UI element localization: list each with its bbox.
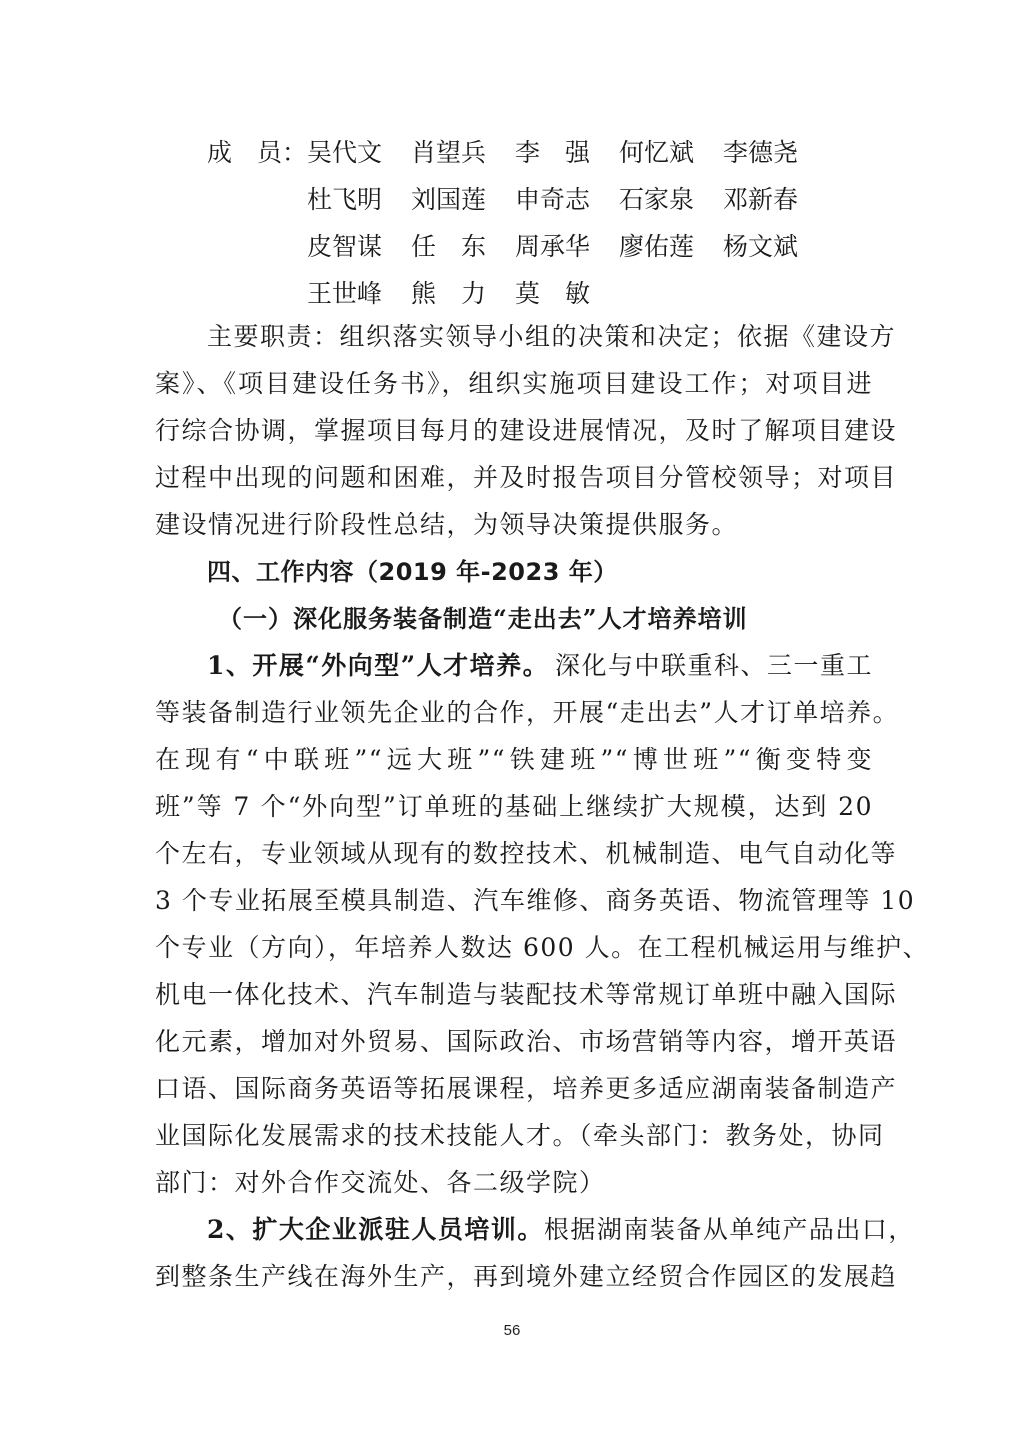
item-1-line: 机电一体化技术、汽车制造与装配技术等常规订单班中融入国际 <box>155 980 873 1010</box>
duties-line: 建设情况进行阶段性总结，为领导决策提供服务。 <box>155 510 873 540</box>
item-1-text: 深化与中联重科、三一重工 <box>555 651 873 681</box>
item-1-line: 化元素，增加对外贸易、国际政治、市场营销等内容，增开英语 <box>155 1027 873 1057</box>
item-1-line: 个左右，专业领域从现有的数控技术、机械制造、电气自动化等 <box>155 839 873 869</box>
member-name: 何忆斌 <box>619 138 723 168</box>
duties-line: 案》、《项目建设任务书》，组织实施项目建设工作；对项目进 <box>155 369 873 399</box>
members-row: 王世峰熊 力莫 敏 <box>307 279 619 309</box>
member-name: 邓新春 <box>723 185 827 215</box>
member-name: 莫 敏 <box>515 279 619 309</box>
document-page: 成 员：吴代文肖望兵李 强何忆斌李德尧 杜飞明刘国莲申奇志石家泉邓新春 皮智谋任… <box>0 0 1024 1448</box>
member-name: 李德尧 <box>723 138 827 168</box>
page-number: 56 <box>0 1322 1024 1339</box>
item-2-title: 2、扩大企业派驻人员培训。 <box>207 1215 544 1245</box>
item-1-title: 1、开展“外向型”人才培养。 <box>207 651 549 681</box>
member-name: 周承华 <box>515 232 619 262</box>
item-2-line: 到整条生产线在海外生产，再到境外建立经贸合作园区的发展趋 <box>155 1262 873 1292</box>
duties-line: 行综合协调，掌握项目每月的建设进展情况，及时了解项目建设 <box>155 416 873 446</box>
item-1-line: 班”等 7 个“外向型”订单班的基础上继续扩大规模，达到 20 <box>155 792 873 822</box>
item-1-line: 部门：对外合作交流处、各二级学院） <box>155 1168 873 1198</box>
item-1-line: 3 个专业拓展至模具制造、汽车维修、商务英语、物流管理等 10 <box>155 886 873 916</box>
member-name: 肖望兵 <box>411 138 515 168</box>
duties-line: 过程中出现的问题和困难，并及时报告项目分管校领导；对项目 <box>155 463 873 493</box>
item-1-line: 等装备制造行业领先企业的合作，开展“走出去”人才订单培养。 <box>155 698 873 728</box>
member-name: 皮智谋 <box>307 232 411 262</box>
item-1-line: 个专业（方向），年培养人数达 600 人。在工程机械运用与维护、 <box>155 933 873 963</box>
members-row: 皮智谋任 东周承华廖佑莲杨文斌 <box>307 232 827 262</box>
item-2-text: 根据湖南装备从单纯产品出口， <box>544 1215 915 1245</box>
item-2-first-line: 2、扩大企业派驻人员培训。根据湖南装备从单纯产品出口， <box>207 1215 873 1245</box>
member-name: 廖佑莲 <box>619 232 723 262</box>
item-1-first-line: 1、开展“外向型”人才培养。深化与中联重科、三一重工 <box>207 651 873 681</box>
member-name: 石家泉 <box>619 185 723 215</box>
member-name: 杨文斌 <box>723 232 827 262</box>
item-1-line: 业国际化发展需求的技术技能人才。（牵头部门：教务处，协同 <box>155 1121 873 1151</box>
section-heading: 四、工作内容（2019 年-2023 年） <box>207 557 925 587</box>
members-label: 成 员： <box>207 138 307 168</box>
item-1-line: 在现有“中联班”“远大班”“铁建班”“博世班”“衡变特变 <box>155 745 873 775</box>
member-name: 任 东 <box>411 232 515 262</box>
member-name: 刘国莲 <box>411 185 515 215</box>
members-row: 成 员：吴代文肖望兵李 强何忆斌李德尧 <box>207 138 827 168</box>
members-row: 杜飞明刘国莲申奇志石家泉邓新春 <box>307 185 827 215</box>
member-name: 王世峰 <box>307 279 411 309</box>
item-1-line: 口语、国际商务英语等拓展课程，培养更多适应湖南装备制造产 <box>155 1074 873 1104</box>
member-name: 申奇志 <box>515 185 619 215</box>
member-name: 吴代文 <box>307 138 411 168</box>
member-name: 杜飞明 <box>307 185 411 215</box>
duties-line: 主要职责：组织落实领导小组的决策和决定；依据《建设方 <box>207 322 873 352</box>
member-name: 李 强 <box>515 138 619 168</box>
member-name: 熊 力 <box>411 279 515 309</box>
subsection-heading: （一）深化服务装备制造“走出去”人才培养培训 <box>218 604 936 634</box>
